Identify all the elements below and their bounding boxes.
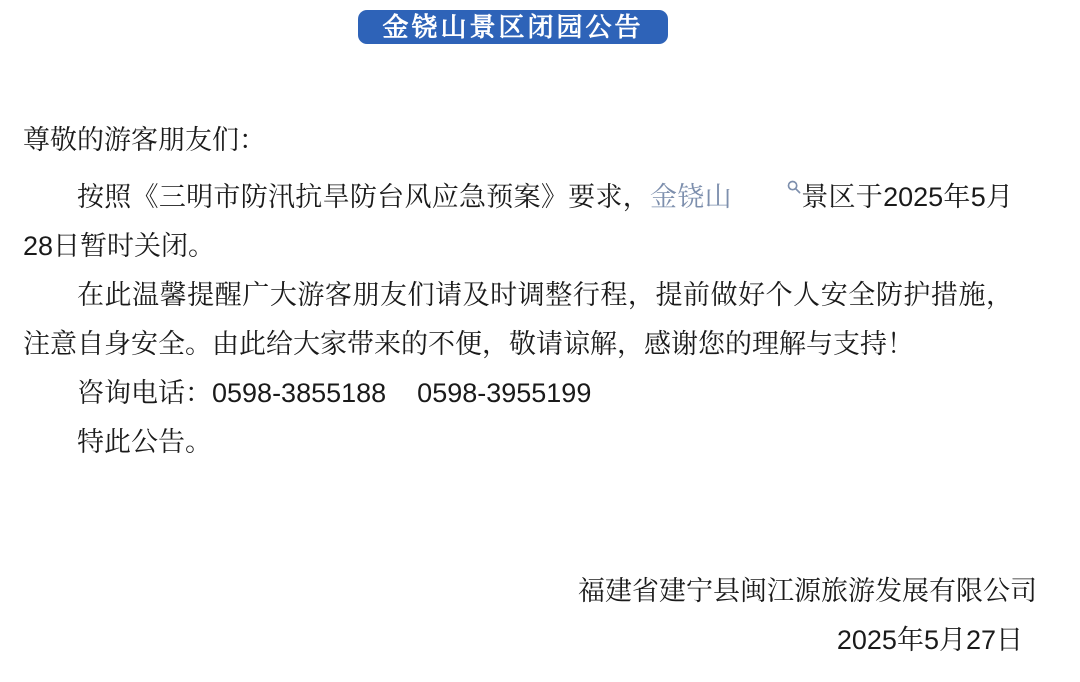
closing-line: 特此公告。 [23,418,1013,467]
paragraph-closure-prefix: 按照《三明市防汛抗旱防台风应急预案》要求， [77,182,650,212]
notice-body: 尊敬的游客朋友们： 按照《三明市防汛抗旱防台风应急预案》要求，金铙山 景区于20… [0,116,1013,467]
entity-link-text: 金铙山 [650,182,732,212]
salutation: 尊敬的游客朋友们： [23,116,1013,165]
signature-date: 2025年5月27日 [0,616,1023,665]
contact-label: 咨询电话： [77,378,212,408]
signature-company: 福建省建宁县闽江源旅游发展有限公司 [0,567,1037,616]
search-icon [733,180,801,194]
contact-phone-2: 0598-3955199 [417,378,591,408]
signature-block: 福建省建宁县闽江源旅游发展有限公司 2025年5月27日 [0,567,1080,665]
contact-phone-1: 0598-3855188 [212,378,386,408]
contact-line: 咨询电话：0598-38551880598-3955199 [23,369,1013,418]
paragraph-reminder: 在此温馨提醒广大游客朋友们请及时调整行程，提前做好个人安全防护措施，注意自身安全… [23,271,1013,369]
paragraph-closure: 按照《三明市防汛抗旱防台风应急预案》要求，金铙山 景区于2025年5月28日暂时… [23,173,1013,271]
notice-banner-title: 金铙山景区闭园公告 [358,10,667,44]
closure-notice-page: 金铙山景区闭园公告 尊敬的游客朋友们： 按照《三明市防汛抗旱防台风应急预案》要求… [0,0,1080,682]
entity-link-jinnaoshan[interactable]: 金铙山 [650,182,801,212]
